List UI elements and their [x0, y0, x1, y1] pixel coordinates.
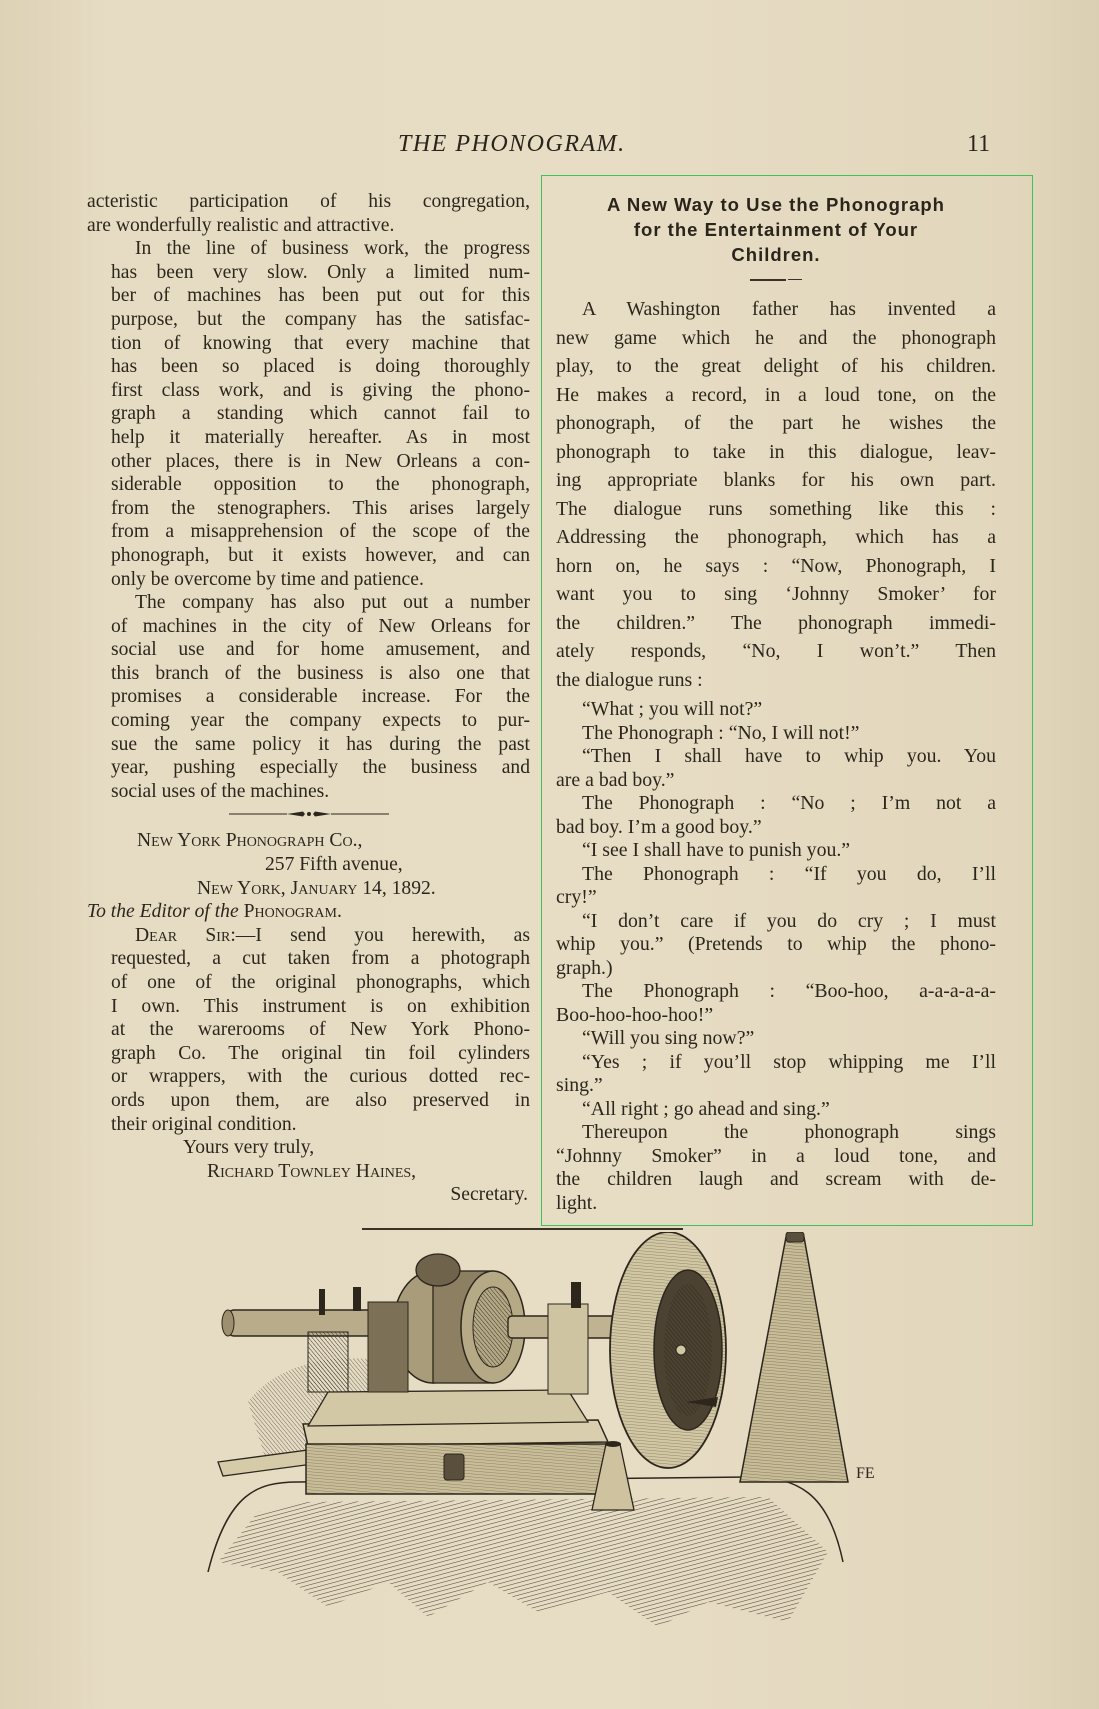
text-line: sue the same policy it has during the pa… [87, 733, 530, 757]
text-line: horn on, he says : “Now, Phonograph, I [556, 552, 996, 581]
text-line: ber of machines has been put out for thi… [87, 284, 530, 308]
dialogue-line: light. [556, 1192, 996, 1216]
text-line: siderable opposition to the phonograph, [87, 473, 530, 497]
text-line: requested, a cut taken from a photograph [87, 947, 530, 971]
dialogue-line: bad boy. I’m a good boy.” [556, 816, 996, 840]
article-intro: A Washington father has invented a new g… [556, 295, 996, 694]
running-head: THE PHONOGRAM. 11 [0, 131, 1099, 161]
text-line: phonograph to take in this dialogue, lea… [556, 438, 996, 467]
text-line: at the warerooms of New York Phono- [87, 1018, 530, 1042]
title-line: A New Way to Use the Phonograph [556, 192, 996, 217]
title-line: Children. [556, 242, 996, 267]
ornament-rule-icon [229, 809, 389, 819]
dialogue-line: “I don’t care if you do cry ; I must [556, 910, 996, 934]
text-line: the dialogue runs : [556, 666, 996, 695]
tinfoil-phonograph-engraving-icon: FE [188, 1232, 900, 1632]
dialogue-line: “What ; you will not?” [556, 698, 996, 722]
text-line: coming year the company expects to pur- [87, 709, 530, 733]
letter-opening: Dear Sir [135, 925, 230, 946]
text-line: first class work, and is giving the phon… [87, 379, 530, 403]
salutation-line: To the Editor of the Phonogram. [87, 900, 530, 924]
text-line: He makes a record, in a loud tone, on th… [556, 381, 996, 410]
text-line: ing appropriate blanks for his own part. [556, 466, 996, 495]
text-line: acteristic participation of his congrega… [87, 190, 530, 214]
signature-title: Secretary. [87, 1183, 530, 1207]
text-line: tion of knowing that every machine that [87, 332, 530, 356]
letterhead-date: New York, January 14, 1892. [87, 877, 530, 901]
text-line: from the stenographers. This arises larg… [87, 497, 530, 521]
text-line: from a misapprehension of the scope of t… [87, 520, 530, 544]
letterhead-address: 257 Fifth avenue, [87, 853, 530, 877]
title-divider [750, 279, 802, 281]
text-line: other places, there is in New Orleans a … [87, 450, 530, 474]
signature: Richard Townley Haines, [87, 1160, 530, 1184]
column-end-rule [362, 1228, 683, 1230]
dialogue-line: sing.” [556, 1074, 996, 1098]
letter-body: Dear Sir:—I send you herewith, as reques… [87, 924, 530, 1136]
text-line: the children.” The phonograph immedi- [556, 609, 996, 638]
text-line: In the line of business work, the progre… [87, 237, 530, 261]
paragraph-business-work: In the line of business work, the progre… [87, 237, 530, 591]
text-line: The company has also put out a number [87, 591, 530, 615]
text-line: The dialogue runs something like this : [556, 495, 996, 524]
dialogue-line: Boo-hoo-hoo-hoo!” [556, 1004, 996, 1028]
phonograph-illustration: FE [188, 1232, 900, 1632]
dialogue-line: “Will you sing now?” [556, 1027, 996, 1051]
letterhead-company: New York Phonograph Co., [87, 829, 530, 853]
text-line: has been very slow. Only a limited num- [87, 261, 530, 285]
artist-monogram: FE [856, 1465, 875, 1482]
dialogue-line: The Phonograph : “No ; I’m not a [556, 792, 996, 816]
text-line: help it materially hereafter. As in most [87, 426, 530, 450]
dialogue-line: The Phonograph : “If you do, I’ll [556, 863, 996, 887]
text-line: :—I send you herewith, as [230, 925, 530, 946]
dialogue-line: whip you.” (Pretends to whip the phono- [556, 933, 996, 957]
text-line: graph Co. The original tin foil cylinder… [87, 1042, 530, 1066]
dialogue-line: The Phonograph : “No, I will not!” [556, 722, 996, 746]
text-line: of one of the original phonographs, whic… [87, 971, 530, 995]
letterhead: New York Phonograph Co., 257 Fifth avenu… [87, 829, 530, 900]
text-line: or wrappers, with the curious dotted rec… [87, 1065, 530, 1089]
text-line: ately responds, “No, I won’t.” Then [556, 637, 996, 666]
dialogue-line: the children laugh and scream with de- [556, 1168, 996, 1192]
dialogue-line: Thereupon the phonograph sings [556, 1121, 996, 1145]
text-line: phonograph, but it exists however, and c… [87, 544, 530, 568]
section-divider-ornament [87, 805, 530, 829]
article-title: A New Way to Use the Phonograph for the … [556, 192, 996, 267]
salutation-italic: To the Editor of the [87, 901, 239, 922]
dialogue-line: cry!” [556, 886, 996, 910]
title-line: for the Entertainment of Your [556, 217, 996, 242]
text-line: new game which he and the phonograph [556, 324, 996, 353]
text-line: play, to the great delight of his childr… [556, 352, 996, 381]
text-line: year, pushing especially the business an… [87, 756, 530, 780]
text-line: social use and for home amusement, and [87, 638, 530, 662]
text-line: graph a standing which cannot fail to [87, 402, 530, 426]
text-line: promises a considerable increase. For th… [87, 685, 530, 709]
text-line: Addressing the phonograph, which has a [556, 523, 996, 552]
dialogue-line: “Yes ; if you’ll stop whipping me I’ll [556, 1051, 996, 1075]
text-line: of machines in the city of New Orleans f… [87, 615, 530, 639]
dialogue-line: “All right ; go ahead and sing.” [556, 1098, 996, 1122]
letter-signoff: Yours very truly, Richard Townley Haines… [87, 1136, 530, 1207]
dialogue-line: graph.) [556, 957, 996, 981]
text-line: want you to sing ‘Johnny Smoker’ for [556, 580, 996, 609]
closing: Yours very truly, [87, 1136, 530, 1160]
dialogue-line: are a bad boy.” [556, 769, 996, 793]
dialogue-line: “Johnny Smoker” in a loud tone, and [556, 1145, 996, 1169]
salutation-name: Phonogram. [244, 901, 342, 922]
paragraph-new-orleans: The company has also put out a number of… [87, 591, 530, 803]
page-number: 11 [967, 131, 990, 158]
left-column: acteristic participation of his congrega… [87, 190, 530, 1207]
text-line: purpose, but the company has the satisfa… [87, 308, 530, 332]
running-title: THE PHONOGRAM. [398, 131, 626, 158]
text-line: social uses of the machines. [87, 780, 530, 804]
paragraph-continued: acteristic participation of his congrega… [87, 190, 530, 237]
text-line: are wonderfully realistic and attractive… [87, 214, 530, 238]
text-line: only be overcome by time and patience. [87, 568, 530, 592]
text-line: this branch of the business is also one … [87, 662, 530, 686]
dialogue-line: “Then I shall have to whip you. You [556, 745, 996, 769]
text-line: ords upon them, are also preserved in [87, 1089, 530, 1113]
dialogue: “What ; you will not?” The Phonograph : … [556, 698, 996, 1215]
text-line: A Washington father has invented a [556, 295, 996, 324]
dialogue-line: “I see I shall have to punish you.” [556, 839, 996, 863]
right-column-article: A New Way to Use the Phonograph for the … [556, 192, 996, 1215]
text-line: phonograph, of the part he wishes the [556, 409, 996, 438]
text-line: their original condition. [87, 1113, 530, 1137]
dialogue-line: The Phonograph : “Boo-hoo, a-a-a-a-a- [556, 980, 996, 1004]
text-line: has been so placed is doing thoroughly [87, 355, 530, 379]
text-line: I own. This instrument is on exhibition [87, 995, 530, 1019]
